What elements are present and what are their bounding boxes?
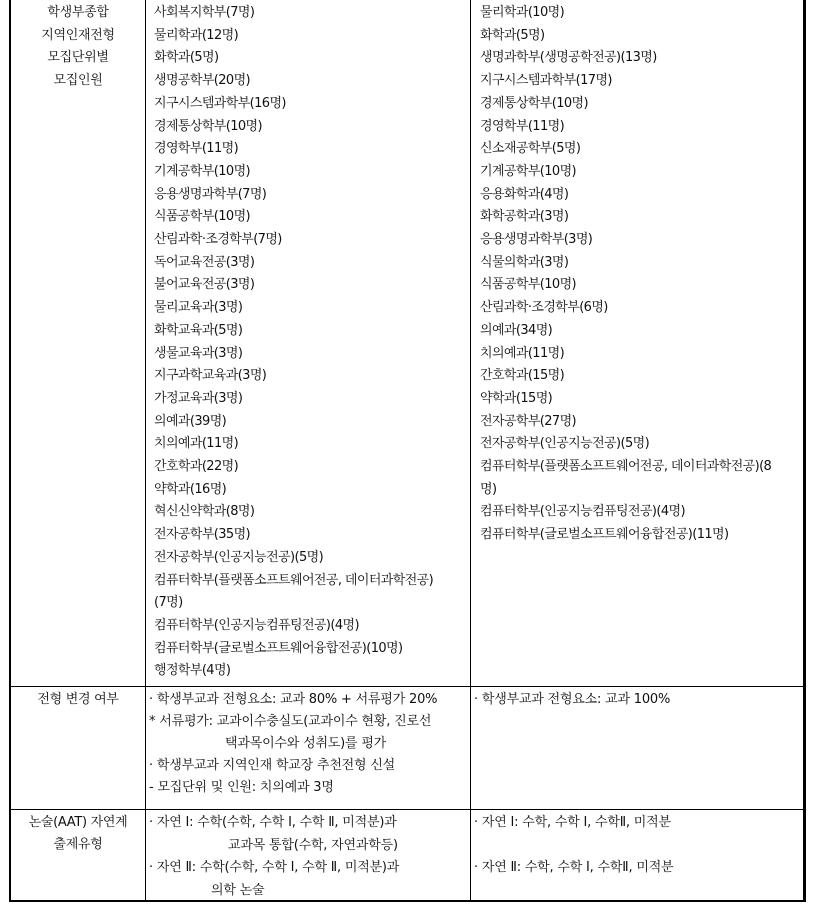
list-item: 간호학과(22명) — [154, 456, 470, 479]
list-item: 전자공학부(인공지능전공)(5명) — [480, 433, 803, 456]
list-item: 컴퓨터학부(인공지능컴퓨팅전공)(4명) — [480, 501, 803, 524]
list-item: 화학과(5명) — [154, 47, 470, 70]
text-line: · 자연 Ⅱ: 수학(수학, 수학 Ⅰ, 수학 Ⅱ, 미적분)과 — [149, 857, 470, 880]
list-item: 응용생명과학부(3명) — [480, 229, 803, 252]
cell-essay-previous: · 자연 Ⅰ: 수학(수학, 수학 Ⅰ, 수학 Ⅱ, 미적분)과 교과목 통합(… — [145, 810, 470, 902]
list-item: 경영학부(11명) — [480, 116, 803, 139]
list-item: 행정학부(4명) — [154, 660, 470, 683]
list-item: 컴퓨터학부(플랫폼소프트웨어전공, 데이터과학전공)(8 — [480, 456, 803, 479]
row-header-line: 모집인원 — [11, 70, 145, 93]
list-item: 독어교육전공(3명) — [154, 252, 470, 275]
row-essay-question-type: 논술(AAT) 자연계 출제유형 · 자연 Ⅰ: 수학(수학, 수학 Ⅰ, 수학… — [11, 809, 803, 902]
list-item: 경제통상학부(10명) — [480, 93, 803, 116]
cell-selection-change-current: · 학생부교과 전형요소: 교과 100% — [470, 687, 803, 810]
list-item: 응용생명과학부(7명) — [154, 184, 470, 207]
admissions-comparison-table: 학생부종합 지역인재전형 모집단위별 모집인원 사회복지학부(7명)물리학과(1… — [9, 0, 806, 902]
text-line: * 서류평가: 교과이수충실도(교과이수 현황, 진로선 — [149, 711, 470, 733]
text-line: - 모집단위 및 인원: 치의예과 3명 — [149, 777, 470, 799]
list-item: 생명과학부(생명공학전공)(13명) — [480, 47, 803, 70]
text-line: · 자연 Ⅱ: 수학, 수학 Ⅰ, 수학Ⅱ, 미적분 — [474, 857, 803, 880]
text-line: · 자연 Ⅰ: 수학, 수학 Ⅰ, 수학Ⅱ, 미적분 — [474, 812, 803, 835]
row-header-recruitment: 학생부종합 지역인재전형 모집단위별 모집인원 — [11, 0, 145, 686]
list-item: 물리교육과(3명) — [154, 297, 470, 320]
list-item: 치의예과(11명) — [480, 343, 803, 366]
list-item: 가정교육과(3명) — [154, 388, 470, 411]
list-item: 컴퓨터학부(글로벌소프트웨어융합전공)(11명) — [480, 524, 803, 547]
row-header-text: 전형 변경 여부 — [11, 687, 145, 711]
list-item: 약학과(15명) — [480, 388, 803, 411]
list-item: 산림과학·조경학부(7명) — [154, 229, 470, 252]
list-item: 컴퓨터학부(글로벌소프트웨어융합전공)(10명) — [154, 638, 470, 661]
row-header-line: 지역인재전형 — [11, 25, 145, 48]
list-item: 기계공학부(10명) — [480, 161, 803, 184]
list-item: 지구시스템과학부(16명) — [154, 93, 470, 116]
text-line: 교과목 통합(수학, 자연과학등) — [149, 835, 470, 858]
list-item: 응용화학과(4명) — [480, 184, 803, 207]
list-item: 컴퓨터학부(플랫폼소프트웨어전공, 데이터과학전공) — [154, 570, 470, 593]
text-line: · 학생부교과 전형요소: 교과 80% + 서류평가 20% — [149, 689, 470, 711]
unit-list-current: 물리학과(10명)화학과(5명)생명과학부(생명공학전공)(13명)지구시스템과… — [471, 0, 803, 547]
list-item: 사회복지학부(7명) — [154, 2, 470, 25]
row-recruitment-by-unit: 학생부종합 지역인재전형 모집단위별 모집인원 사회복지학부(7명)물리학과(1… — [11, 0, 803, 686]
row-header-line: 모집단위별 — [11, 47, 145, 70]
list-item: 전자공학부(인공지능전공)(5명) — [154, 547, 470, 570]
list-item: 화학공학과(3명) — [480, 206, 803, 229]
list-item: 생명공학부(20명) — [154, 70, 470, 93]
cell-selection-change-previous: · 학생부교과 전형요소: 교과 80% + 서류평가 20% * 서류평가: … — [145, 687, 470, 810]
text-line: 택과목이수와 성취도)를 평가 — [149, 733, 470, 755]
list-item: 전자공학부(27명) — [480, 411, 803, 434]
list-item: 물리학과(10명) — [480, 2, 803, 25]
list-item: 식물의학과(3명) — [480, 252, 803, 275]
list-item: 경영학부(11명) — [154, 138, 470, 161]
list-item: 의예과(39명) — [154, 411, 470, 434]
list-item: 명) — [480, 479, 803, 502]
list-item: 식품공학부(10명) — [154, 206, 470, 229]
row-selection-change: 전형 변경 여부 · 학생부교과 전형요소: 교과 80% + 서류평가 20%… — [11, 686, 803, 810]
cell-current-year-units: 물리학과(10명)화학과(5명)생명과학부(생명공학전공)(13명)지구시스템과… — [470, 0, 803, 686]
cell-essay-current: · 자연 Ⅰ: 수학, 수학 Ⅰ, 수학Ⅱ, 미적분 · 자연 Ⅱ: 수학, 수… — [470, 810, 803, 902]
list-item: 신소재공학부(5명) — [480, 138, 803, 161]
list-item: 경제통상학부(10명) — [154, 116, 470, 139]
row-header-line: 논술(AAT) 자연계 — [11, 812, 145, 834]
cell-previous-year-units: 사회복지학부(7명)물리학과(12명)화학과(5명)생명공학부(20명)지구시스… — [145, 0, 470, 686]
list-item: 지구과학교육과(3명) — [154, 365, 470, 388]
text-line: · 학생부교과 전형요소: 교과 100% — [474, 689, 803, 711]
list-item: 불어교육전공(3명) — [154, 274, 470, 297]
list-item: 물리학과(12명) — [154, 25, 470, 48]
list-item: (7명) — [154, 592, 470, 615]
list-item: 화학교육과(5명) — [154, 320, 470, 343]
list-item: 치의예과(11명) — [154, 433, 470, 456]
row-header-selection-change: 전형 변경 여부 — [11, 687, 145, 810]
list-item: 생물교육과(3명) — [154, 343, 470, 366]
list-item: 기계공학부(10명) — [154, 161, 470, 184]
list-item: 식품공학부(10명) — [480, 274, 803, 297]
list-item: 간호학과(15명) — [480, 365, 803, 388]
list-item: 컴퓨터학부(인공지능컴퓨팅전공)(4명) — [154, 615, 470, 638]
text-line: 의학 논술 — [149, 880, 470, 903]
list-item: 산림과학·조경학부(6명) — [480, 297, 803, 320]
list-item: 전자공학부(35명) — [154, 524, 470, 547]
list-item: 지구시스템과학부(17명) — [480, 70, 803, 93]
list-item: 화학과(5명) — [480, 25, 803, 48]
text-line: · 학생부교과 지역인재 학교장 추천전형 신설 — [149, 755, 470, 777]
unit-list-previous: 사회복지학부(7명)물리학과(12명)화학과(5명)생명공학부(20명)지구시스… — [146, 0, 470, 683]
list-item: 약학과(16명) — [154, 479, 470, 502]
list-item: 의예과(34명) — [480, 320, 803, 343]
list-item: 혁신신약학과(8명) — [154, 501, 470, 524]
text-line: · 자연 Ⅰ: 수학(수학, 수학 Ⅰ, 수학 Ⅱ, 미적분)과 — [149, 812, 470, 835]
spacer — [474, 835, 803, 858]
row-header-line: 학생부종합 — [11, 2, 145, 25]
row-header-essay: 논술(AAT) 자연계 출제유형 — [11, 810, 145, 902]
row-header-line: 출제유형 — [11, 834, 145, 856]
